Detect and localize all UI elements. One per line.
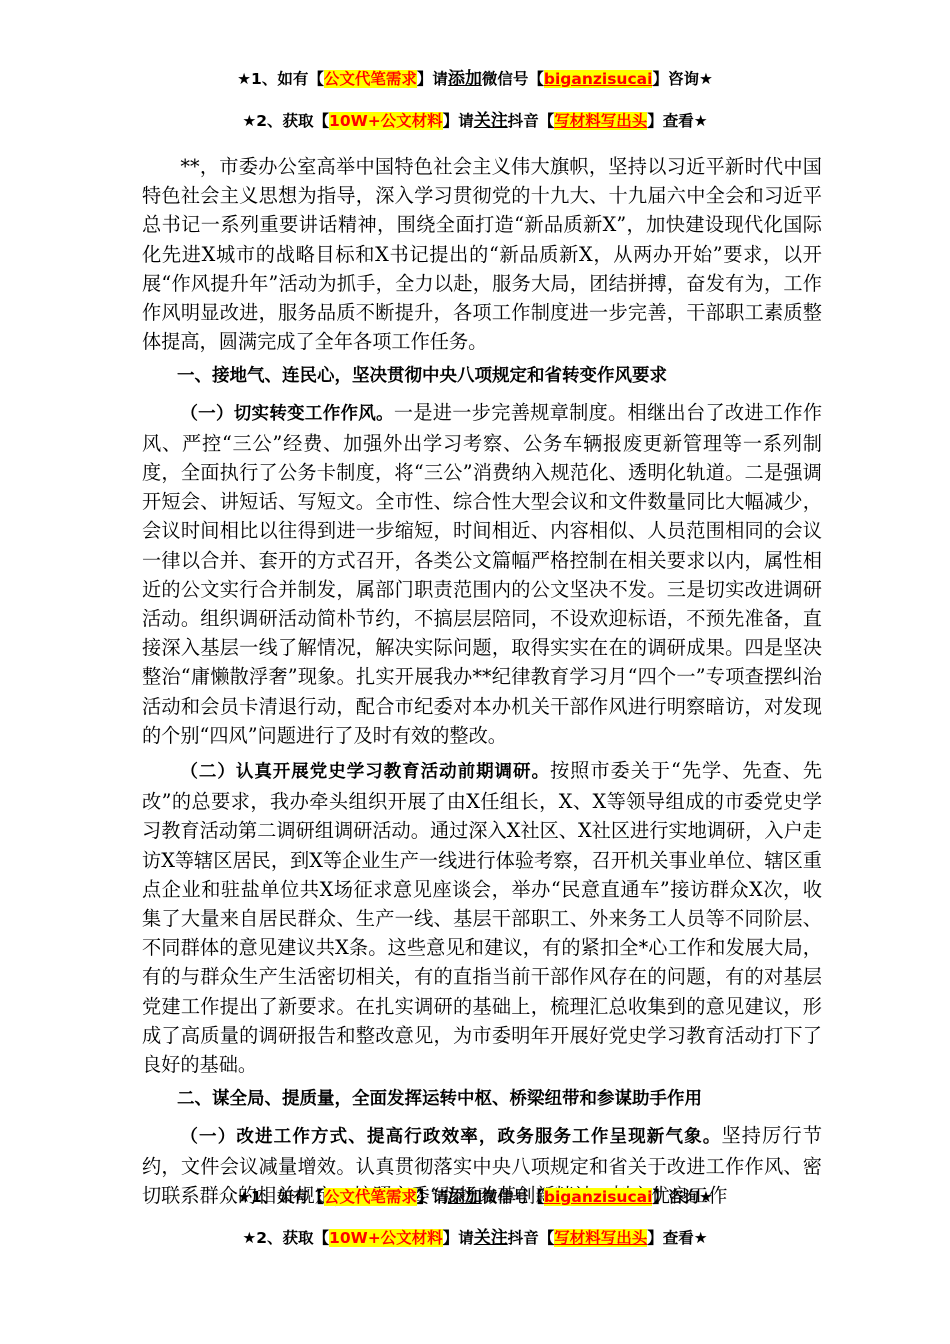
subsection-paragraph-1-2: （二）认真开展党史学习教育活动前期调研。按照市委关于“先学、先查、先改”的总要求… xyxy=(142,756,822,1079)
highlighted-service: 公文代笔需求 xyxy=(324,1188,417,1206)
banner-text: ★1、如有【 xyxy=(237,70,324,88)
banner-text: ★2、获取【 xyxy=(242,1229,329,1247)
section-heading-2: 二、谋全局、提质量，全面发挥运转中枢、桥梁纽带和参谋助手作用 xyxy=(142,1085,822,1114)
banner-text: 】咨询★ xyxy=(652,1188,712,1206)
douyin-account: 写材料写出头 xyxy=(554,112,647,130)
wechat-id: biganzisucai xyxy=(544,70,653,88)
intro-paragraph: **，市委办公室高举中国特色社会主义伟大旗帜，坚持以习近平新时代中国特色社会主义… xyxy=(142,152,822,356)
underlined-action: 添加 xyxy=(448,1187,482,1207)
document-page: ★1、如有【公文代笔需求】请添加微信号【biganzisucai】咨询★ ★2、… xyxy=(0,0,950,1344)
banner-text: ★1、如有【 xyxy=(237,1188,324,1206)
banner-text: 抖音【 xyxy=(508,1229,555,1247)
subsection-lead: （一）改进工作方式、提高行政效率，政务服务工作呈现新气象。 xyxy=(180,1127,721,1147)
document-body: **，市委办公室高举中国特色社会主义伟大旗帜，坚持以习近平新时代中国特色社会主义… xyxy=(142,152,822,1210)
promo-banner-bottom-line-1: ★1、如有【公文代笔需求】请添加微信号【biganzisucai】咨询★ xyxy=(0,1186,950,1208)
promo-banner-top-line-1: ★1、如有【公文代笔需求】请添加微信号【biganzisucai】咨询★ xyxy=(0,68,950,90)
banner-text: 】查看★ xyxy=(647,1229,707,1247)
subsection-text: 一是进一步完善规章制度。相继出台了改进工作作风、严控“三公”经费、加强外出学习考… xyxy=(142,401,822,747)
wechat-id: biganzisucai xyxy=(544,1188,653,1206)
banner-text: 抖音【 xyxy=(508,112,555,130)
banner-text: 】请 xyxy=(443,1229,474,1247)
underlined-action: 关注 xyxy=(474,1228,508,1248)
banner-text: 】请 xyxy=(443,112,474,130)
banner-text: 微信号【 xyxy=(482,1188,544,1206)
banner-text: ★2、获取【 xyxy=(242,112,329,130)
promo-banner-top-line-2: ★2、获取【10W+公文材料】请关注抖音【写材料写出头】查看★ xyxy=(0,110,950,132)
banner-text: 微信号【 xyxy=(482,70,544,88)
subsection-text: 按照市委关于“先学、先查、先改”的总要求，我办牵头组织开展了由X任组长，X、X等… xyxy=(142,759,822,1076)
banner-text: 】查看★ xyxy=(647,112,707,130)
section-heading-1: 一、接地气、连民心，坚决贯彻中央八项规定和省转变作风要求 xyxy=(142,362,822,391)
subsection-paragraph-1-1: （一）切实转变工作作风。一是进一步完善规章制度。相继出台了改进工作作风、严控“三… xyxy=(142,398,822,750)
highlighted-service: 公文代笔需求 xyxy=(324,70,417,88)
banner-text: 】咨询★ xyxy=(652,70,712,88)
underlined-action: 关注 xyxy=(474,111,508,131)
promo-banner-bottom-line-2: ★2、获取【10W+公文材料】请关注抖音【写材料写出头】查看★ xyxy=(0,1227,950,1249)
banner-text: 】请 xyxy=(417,70,448,88)
highlighted-materials: 10W+公文材料 xyxy=(329,1229,443,1247)
banner-text: 】请 xyxy=(417,1188,448,1206)
douyin-account: 写材料写出头 xyxy=(554,1229,647,1247)
subsection-lead: （一）切实转变工作作风。 xyxy=(180,404,393,424)
underlined-action: 添加 xyxy=(448,69,482,89)
highlighted-materials: 10W+公文材料 xyxy=(329,112,443,130)
subsection-lead: （二）认真开展党史学习教育活动前期调研。 xyxy=(180,762,550,782)
